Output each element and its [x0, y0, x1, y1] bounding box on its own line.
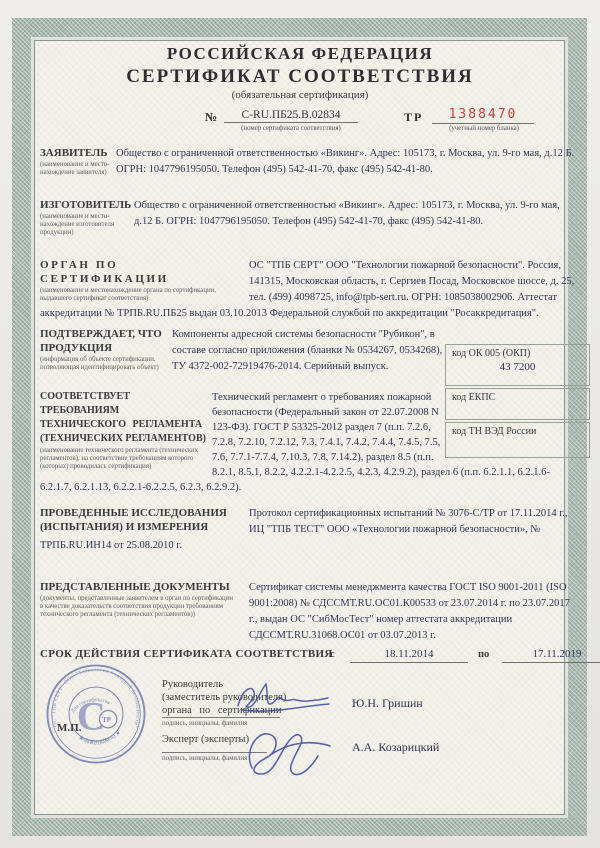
applicant-caption: (наименование и место- нахождение заявит… [40, 161, 110, 177]
research-label-line1: ПРОВЕДЕННЫЕ ИССЛЕДОВАНИЯ [40, 506, 243, 520]
country-title: РОССИЙСКАЯ ФЕДЕРАЦИЯ [0, 44, 600, 64]
blank-number-caption: (учетный номер бланка) [430, 125, 538, 132]
head-name: Ю.Н. Гришин [352, 696, 423, 711]
documents-label: ПРЕДСТАВЛЕННЫЕ ДОКУМЕНТЫ [40, 580, 243, 594]
requirements-label-line3: (ТЕХНИЧЕСКИХ РЕГЛАМЕНТОВ) [40, 432, 206, 446]
okp-code-value: 43 7200 [446, 359, 589, 373]
certification-body-section: ОРГАН ПО СЕРТИФИКАЦИИ (наименование и ме… [40, 258, 577, 322]
expert-label: Эксперт (эксперты) [162, 734, 249, 745]
requirements-section: СООТВЕТСТВУЕТ ТРЕБОВАНИЯМ ТЕХНИЧЕСКОГО Р… [40, 390, 577, 495]
documents-section: ПРЕДСТАВЛЕННЫЕ ДОКУМЕНТЫ (документы, пре… [40, 580, 577, 644]
number-sign: № [205, 110, 217, 125]
mp-seal-label: М.П. [57, 722, 81, 734]
requirements-label-line2: ТЕХНИЧЕСКОГО РЕГЛАМЕНТА [40, 418, 206, 432]
validity-to-date: 17.11.2019 [502, 648, 600, 663]
validity-from-label: с [330, 649, 335, 660]
certificate-scan: РОССИЙСКАЯ ФЕДЕРАЦИЯ СЕРТИФИКАТ СООТВЕТС… [0, 0, 600, 848]
okp-code-box: код ОК 005 (ОКП) 43 7200 [445, 344, 590, 386]
product-caption: (информация об объекте сертификации, поз… [40, 356, 166, 372]
validity-to-label: по [478, 649, 489, 660]
documents-caption: (документы, представленные заявителем в … [40, 595, 236, 619]
certificate-title: СЕРТИФИКАТ СООТВЕТСТВИЯ [0, 66, 600, 88]
manufacturer-label: ИЗГОТОВИТЕЛЬ [40, 198, 128, 212]
requirements-right-spacer [449, 390, 577, 458]
manufacturer-caption: (наименование и место- нахождение изгото… [40, 213, 128, 237]
research-label-line2: (ИСПЫТАНИЯ) И ИЗМЕРЕНИЯ [40, 520, 243, 534]
certificate-number: C-RU.ПБ25.В.02834 [224, 109, 358, 123]
applicant-text: Общество с ограниченной ответственностью… [40, 146, 577, 178]
blank-number: 1388470 [432, 107, 534, 124]
expert-name: А.А. Козарицкий [352, 740, 439, 755]
product-label-line2: ПРОДУКЦИЯ [40, 341, 166, 355]
expert-signature [238, 724, 343, 780]
product-section: ПОДТВЕРЖДАЕТ, ЧТО ПРОДУКЦИЯ (информация … [40, 327, 444, 375]
tr-label: ТР [404, 110, 423, 125]
manufacturer-section: ИЗГОТОВИТЕЛЬ (наименование и место- нахо… [40, 198, 577, 230]
head-signature [232, 676, 352, 718]
validity-from-date: 18.11.2014 [350, 648, 468, 663]
number-row: № C-RU.ПБ25.В.02834 (номер сертификата с… [0, 107, 600, 141]
applicant-section: ЗАЯВИТЕЛЬ (наименование и место- нахожде… [40, 146, 577, 178]
certification-type-subtitle: (обязательная сертификация) [0, 89, 600, 101]
product-label-line1: ПОДТВЕРЖДАЕТ, ЧТО [40, 327, 166, 341]
stamp-tr-badge-text: ТР [102, 717, 112, 724]
research-section: ПРОВЕДЕННЫЕ ИССЛЕДОВАНИЯ (ИСПЫТАНИЯ) И И… [40, 506, 577, 554]
validity-label: СРОК ДЕЙСТВИЯ СЕРТИФИКАТА СООТВЕТСТВИЯ [40, 648, 333, 660]
certificate-number-caption: (номер сертификата соответствия) [216, 125, 366, 132]
certification-body-stamp: ОС "ТПБ СЕРТ" ООО "Технологии пожарной б… [44, 662, 148, 766]
requirements-label-line1: СООТВЕТСТВУЕТ ТРЕБОВАНИЯМ [40, 390, 206, 418]
cert-body-label: ОРГАН ПО СЕРТИФИКАЦИИ [40, 258, 243, 286]
requirements-caption: (наименование технического регламента (т… [40, 447, 200, 471]
applicant-label: ЗАЯВИТЕЛЬ [40, 146, 110, 160]
cert-body-caption: (наименование и местонахождение органа п… [40, 287, 238, 303]
okp-code-label: код ОК 005 (ОКП) [446, 345, 589, 359]
